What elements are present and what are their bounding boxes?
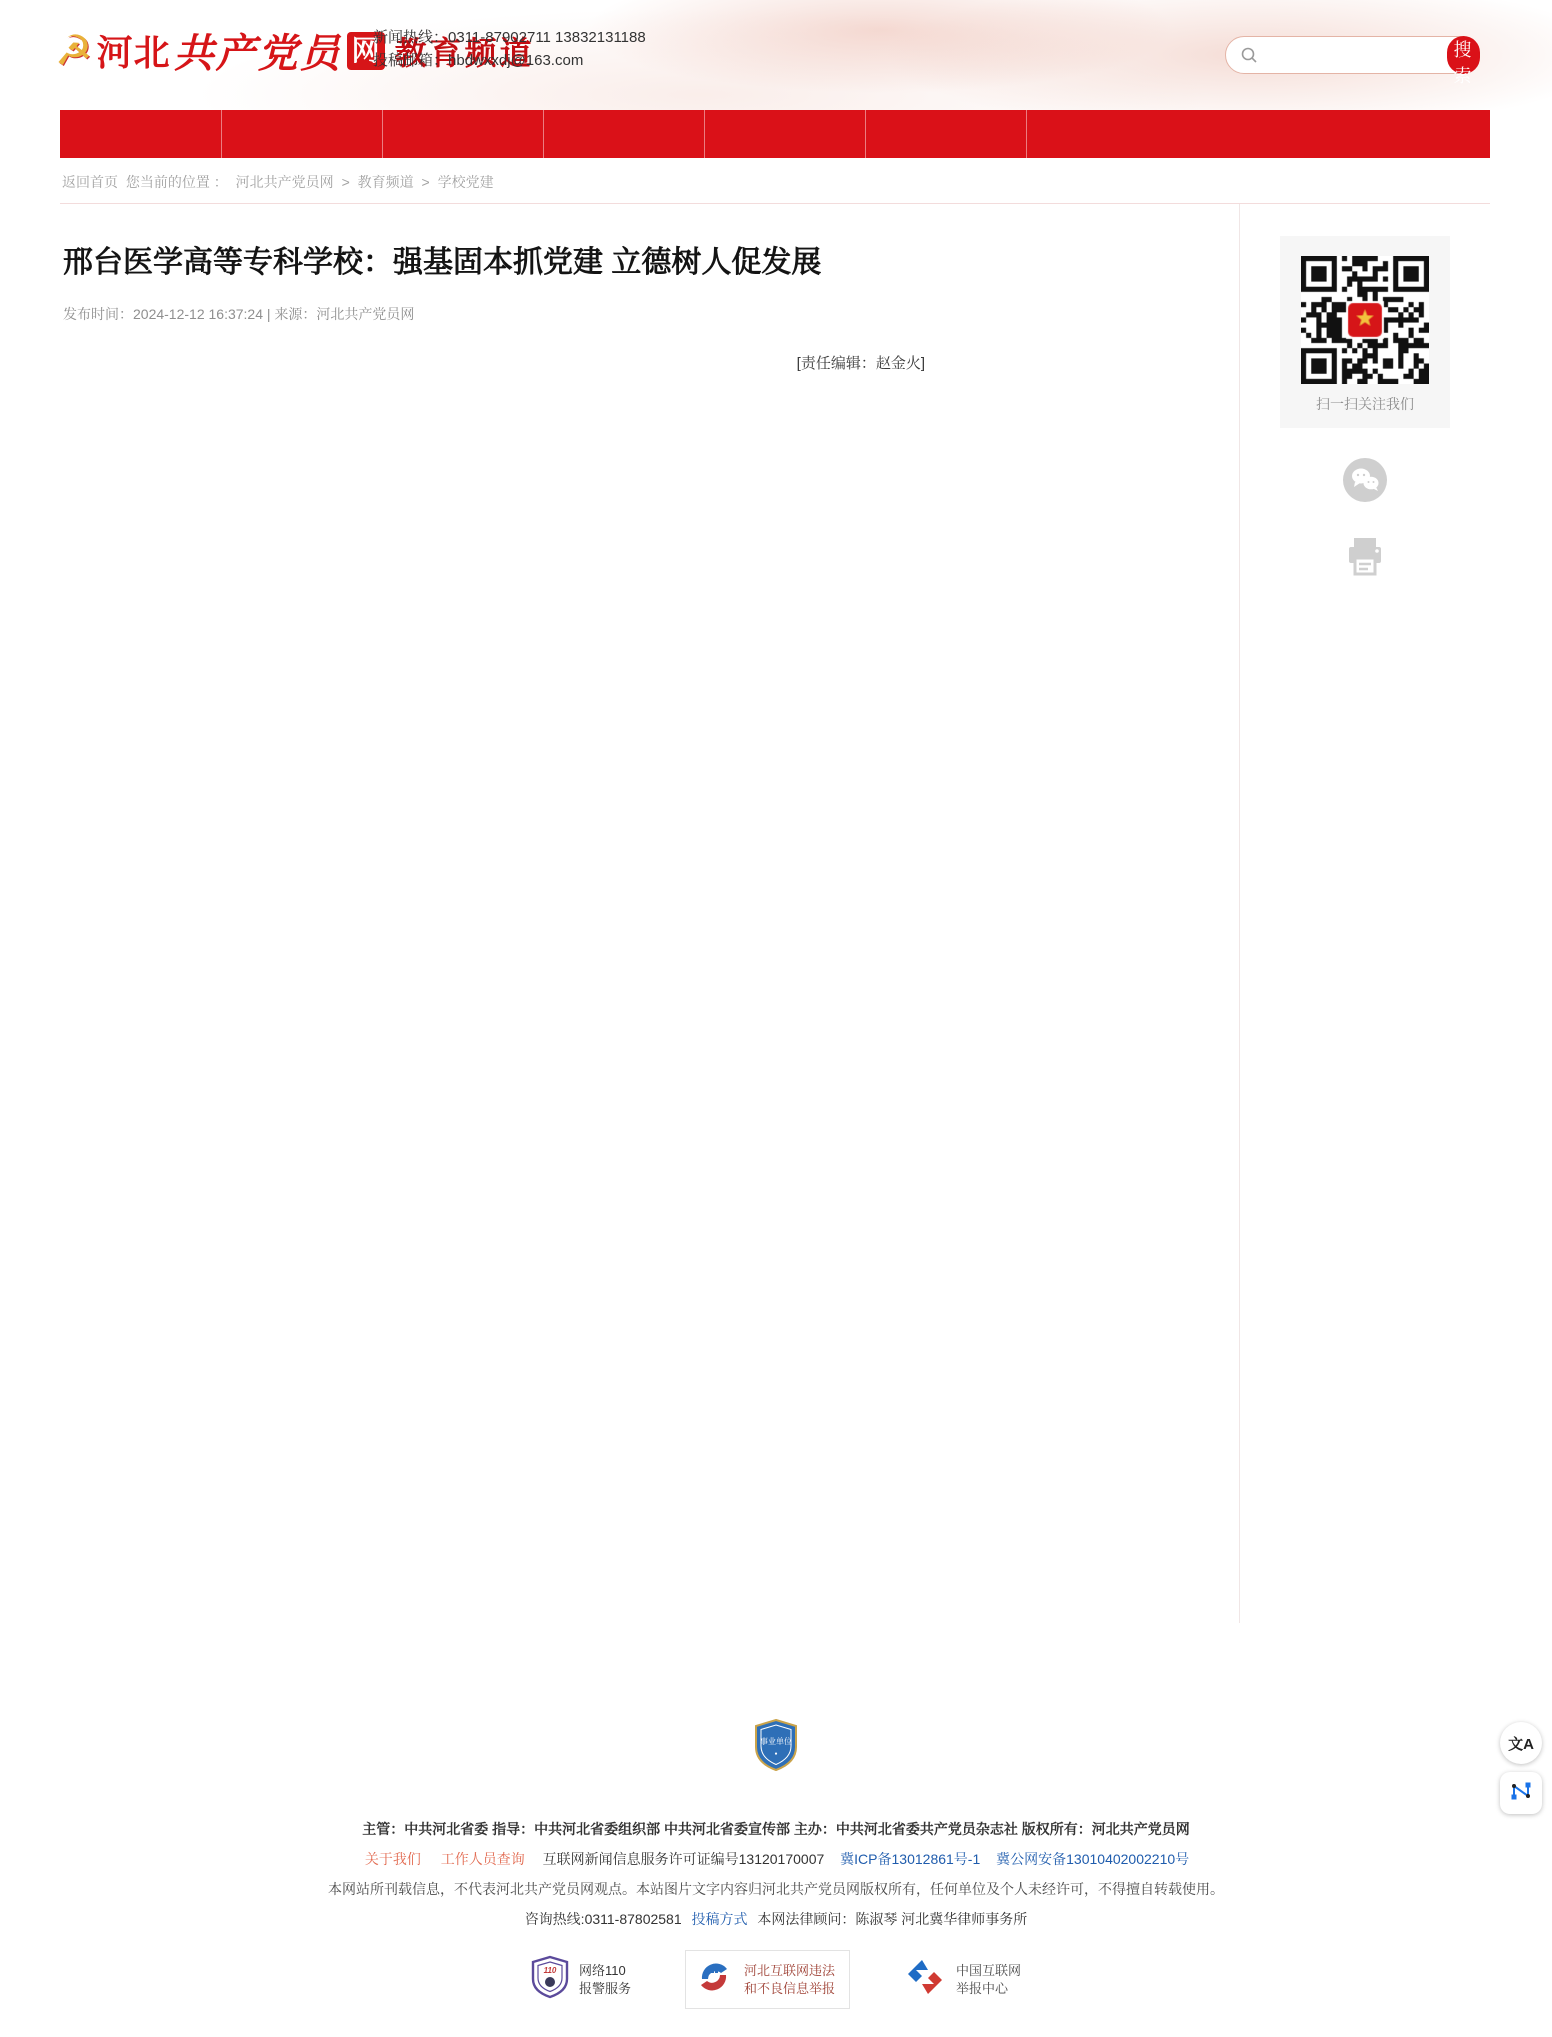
badge-text: 中国互联网 举报中心 <box>956 1962 1021 1998</box>
security-record-link[interactable]: 冀公网安备13010402002210号 <box>996 1851 1189 1867</box>
footer-badge[interactable]: 110 网络110 报警服务 <box>531 1955 631 2004</box>
sidebar-actions <box>1240 456 1490 580</box>
breadcrumb-channel[interactable]: 教育频道 <box>358 174 414 190</box>
article: 邢台医学高等专科学校：强基固本抓党建 立德树人促发展 发布时间：2024-12-… <box>60 204 1239 1623</box>
svg-text:110: 110 <box>544 1966 557 1975</box>
consult-hotline: 咨询热线:0311-87802581 <box>525 1911 682 1927</box>
search-button[interactable]: 搜索 <box>1447 36 1480 74</box>
nav-item[interactable] <box>221 110 382 158</box>
badge-text: 河北互联网违法 和不良信息举报 <box>744 1962 835 1998</box>
svg-text:●: ● <box>774 1751 777 1757</box>
translate-icon: 文A <box>1508 1733 1534 1754</box>
hebei-report-icon <box>694 1957 734 2002</box>
footer-lines: 主管：中共河北省委 指导：中共河北省委组织部 中共河北省委宣传部 主办：中共河北… <box>0 1814 1552 1934</box>
main-nav <box>60 110 1490 158</box>
china-report-icon <box>904 1956 946 2003</box>
badge-text: 网络110 报警服务 <box>579 1962 631 1998</box>
nav-item[interactable] <box>1026 110 1187 158</box>
article-title: 邢台医学高等专科学校：强基固本抓党建 立德树人促发展 <box>63 242 1183 284</box>
breadcrumb: 返回首页 您当前的位置 ： 河北共产党员网 > 教育频道 > 学校党建 <box>62 158 1552 203</box>
nav-item[interactable] <box>543 110 704 158</box>
content-area: 邢台医学高等专科学校：强基固本抓党建 立德树人促发展 发布时间：2024-12-… <box>60 203 1490 1623</box>
party-emblem-icon: ☭ <box>55 29 93 73</box>
site-header: ☭ 河北 共产党员 网 教育频道 新闻热线：0311-87902711 1383… <box>0 0 1552 110</box>
editor-line: [责任编辑：赵金火] <box>63 352 925 373</box>
qr-box: 扫一扫关注我们 <box>1280 236 1450 428</box>
icp-link[interactable]: 冀ICP备13012861号-1 <box>840 1851 980 1867</box>
floating-tools: 文A <box>1500 1722 1544 1814</box>
footer-license-line: 关于我们 工作人员查询 互联网新闻信息服务许可证编号13120170007 冀I… <box>0 1844 1552 1874</box>
logo-text-prefix: 河北 <box>97 25 171 76</box>
institution-badge[interactable]: 事业单位 ● <box>754 1719 798 1776</box>
article-meta: 发布时间：2024-12-12 16:37:24 | 来源：河北共产党员网 <box>63 304 1183 324</box>
news-hotline: 新闻热线：0311-87902711 13832131188 <box>373 26 646 49</box>
nav-item[interactable] <box>60 110 221 158</box>
qr-caption: 扫一扫关注我们 <box>1280 394 1450 414</box>
legal-counsel: 本网法律顾问：陈淑琴 河北冀华律师事务所 <box>757 1911 1027 1927</box>
sidebar: 扫一扫关注我们 <box>1239 204 1490 1623</box>
translate-button[interactable]: 文A <box>1500 1722 1542 1764</box>
breadcrumb-sep: > <box>342 174 350 190</box>
node-graph-icon <box>1509 1779 1533 1808</box>
police110-icon: 110 <box>531 1955 569 2004</box>
nav-item[interactable] <box>704 110 865 158</box>
footer-badge[interactable]: 中国互联网 举报中心 <box>904 1956 1021 2003</box>
wechat-share-icon[interactable] <box>1341 456 1389 504</box>
print-icon[interactable] <box>1341 532 1389 580</box>
page: ☭ 河北 共产党员 网 教育频道 新闻热线：0311-87902711 1383… <box>0 0 1552 2037</box>
search-box: 搜索 <box>1225 36 1480 74</box>
breadcrumb-sep: > <box>422 174 430 190</box>
footer-sponsor-line: 主管：中共河北省委 指导：中共河北省委组织部 中共河北省委宣传部 主办：中共河北… <box>0 1814 1552 1844</box>
staff-query-link[interactable]: 工作人员查询 <box>441 1851 525 1867</box>
footer-badge[interactable]: 河北互联网违法 和不良信息举报 <box>685 1950 850 2009</box>
search-icon <box>1240 46 1258 64</box>
breadcrumb-label: 您当前的位置 ： <box>126 174 228 190</box>
nav-item[interactable] <box>382 110 543 158</box>
header-contact: 新闻热线：0311-87902711 13832131188 投稿邮箱：hbdw… <box>373 26 646 72</box>
logo-text-calligraphy: 共产党员 <box>174 22 342 79</box>
breadcrumb-back-home[interactable]: 返回首页 <box>62 174 118 190</box>
footer-disclaimer: 本网站所刊载信息，不代表河北共产党员网观点。本站图片文字内容归河北共产党员网版权… <box>0 1874 1552 1904</box>
about-us-link[interactable]: 关于我们 <box>365 1851 421 1867</box>
search-input[interactable] <box>1266 40 1447 70</box>
footer-contact-line: 咨询热线:0311-87802581 投稿方式 本网法律顾问：陈淑琴 河北冀华律… <box>0 1904 1552 1934</box>
news-license: 互联网新闻信息服务许可证编号13120170007 <box>543 1851 825 1867</box>
extension-button[interactable] <box>1500 1772 1542 1814</box>
contribute-link[interactable]: 投稿方式 <box>692 1911 748 1927</box>
breadcrumb-section[interactable]: 学校党建 <box>438 174 494 190</box>
svg-text:事业单位: 事业单位 <box>760 1736 792 1746</box>
contribute-mailbox: 投稿邮箱：hbdwxxdj@163.com <box>373 49 646 72</box>
site-footer: 事业单位 ● 主管：中共河北省委 指导：中共河北省委组织部 中共河北省委宣传部 … <box>0 1623 1552 2037</box>
footer-badges: 110 网络110 报警服务 <box>0 1950 1552 2037</box>
qr-code <box>1280 256 1450 384</box>
breadcrumb-site[interactable]: 河北共产党员网 <box>236 174 334 190</box>
nav-item[interactable] <box>865 110 1026 158</box>
